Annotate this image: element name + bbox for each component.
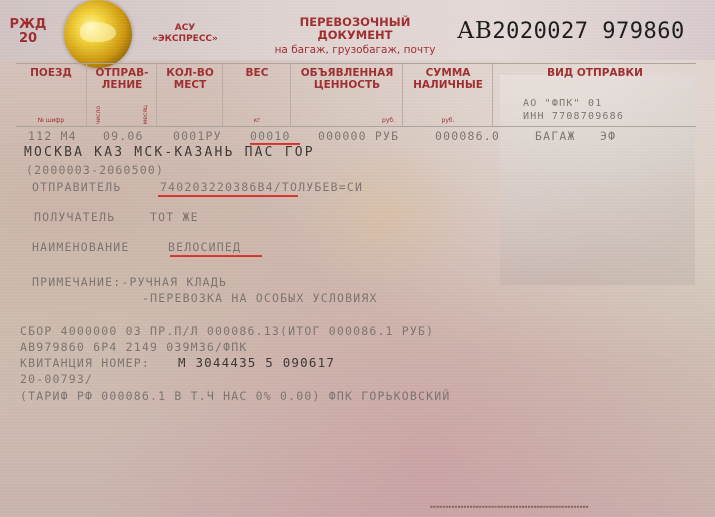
serial-number: АВ2020027 979860 <box>457 18 685 44</box>
document-title: ПЕРЕВОЗОЧНЫЙ ДОКУМЕНТ <box>255 16 455 42</box>
recipient-value: ТОТ ЖЕ <box>150 210 199 224</box>
tariff-line: (ТАРИФ РФ 000086.1 В Т.Ч НАС 0% 0.00) ФП… <box>20 389 451 403</box>
col-label: ВИД ОТПРАВКИ <box>493 67 697 79</box>
carrier-logo: РЖД 20 <box>8 18 48 46</box>
fee-line: СБОР 4000000 03 ПР.П/Л 000086.13(ИТОГ 00… <box>20 324 434 338</box>
col-unit: руб. <box>403 117 493 124</box>
col-label: КОЛ-ВО МЕСТ <box>157 67 223 91</box>
operation-line: АВ979860 6Р4 2149 039М36/ФПК <box>20 340 247 354</box>
item-label: НАИМЕНОВАНИЕ <box>32 240 129 254</box>
col-label: ОТПРАВ- ЛЕНИЕ <box>87 67 157 91</box>
shipment-extra: ЭФ <box>600 129 616 143</box>
col-places: КОЛ-ВО МЕСТ <box>156 64 223 126</box>
shipment-company: АО "ФПК" 01 <box>523 98 602 109</box>
declared-value: 000000 РУБ <box>318 129 399 143</box>
col-unit-day: число <box>95 106 102 124</box>
form-code: 20 <box>8 32 48 46</box>
col-departure: ОТПРАВ- ЛЕНИЕ число месяц <box>86 64 157 126</box>
train-number: 112 М4 <box>28 129 77 143</box>
system-name: АСУ «ЭКСПРЕСС» <box>145 23 225 45</box>
shipment-kind: БАГАЖ <box>535 129 576 143</box>
col-unit: кг <box>223 117 291 124</box>
note-value-1: -РУЧНАЯ КЛАДЬ <box>121 275 227 289</box>
route-codes: (2000003-2060500) <box>26 163 164 177</box>
weight-value: 00010 <box>250 129 291 143</box>
col-weight: ВЕС кг <box>222 64 291 126</box>
serial-digits: 2020027 979860 <box>492 19 684 44</box>
col-unit-month: месяц <box>142 105 149 124</box>
note-label: ПРИМЕЧАНИЕ <box>32 275 113 289</box>
places-count: 0001РУ <box>173 129 222 143</box>
shipment-inn: ИНН 7708709686 <box>523 111 624 122</box>
title-line2: ДОКУМЕНТ <box>255 29 455 42</box>
watermark <box>300 140 470 290</box>
col-cash: СУММА НАЛИЧНЫЕ руб. <box>402 64 493 126</box>
item-underline <box>170 255 262 257</box>
baggage-ticket: РЖД 20 АСУ «ЭКСПРЕСС» ПЕРЕВОЗОЧНЫЙ ДОКУМ… <box>0 0 715 517</box>
receipt-number: М 3044435 5 090617 <box>178 355 335 370</box>
sender-label: ОТПРАВИТЕЛЬ <box>32 180 121 194</box>
recipient-label: ПОЛУЧАТЕЛЬ <box>34 210 115 224</box>
system-line1: АСУ <box>145 23 225 34</box>
col-declared-value: ОБЪЯВЛЕННАЯ ЦЕННОСТЬ руб. <box>290 64 403 126</box>
col-unit: руб. <box>291 117 403 124</box>
note-value-2: -ПЕРЕВОЗКА НА ОСОБЫХ УСЛОВИЯХ <box>142 291 378 305</box>
header-table: ПОЕЗД № шифр ОТПРАВ- ЛЕНИЕ число месяц К… <box>16 63 696 127</box>
cash-amount: 000086.0 <box>435 129 500 143</box>
col-label: ПОЕЗД <box>16 67 86 79</box>
col-label: СУММА НАЛИЧНЫЕ <box>403 67 493 91</box>
item-value: ВЕЛОСИПЕД <box>168 240 241 254</box>
system-line2: «ЭКСПРЕСС» <box>145 34 225 45</box>
col-unit: № шифр <box>16 117 86 124</box>
serial-prefix: АВ <box>457 18 492 44</box>
departure-date: 09.06 <box>103 129 144 143</box>
col-label: ВЕС <box>223 67 291 79</box>
note-line1: ПРИМЕЧАНИЕ:-РУЧНАЯ КЛАДЬ <box>32 275 227 289</box>
carrier-name: РЖД <box>8 18 48 32</box>
receipt-suffix: 20-00793/ <box>20 372 93 386</box>
route: МОСКВА КАЗ МСК-КАЗАНЬ ПАС ГОР <box>24 145 315 160</box>
receipt-label: КВИТАНЦИЯ НОМЕР: <box>20 356 150 370</box>
col-train: ПОЕЗД № шифр <box>16 64 86 126</box>
sender-value: 740203220386В4/ТОЛУБЕВ=СИ <box>160 180 363 194</box>
printer-imprint: ▪▪▪▪▪▪▪▪▪▪▪▪▪▪▪▪▪▪▪▪▪▪▪▪▪▪▪▪▪▪▪▪▪▪▪▪▪▪▪▪… <box>430 505 589 510</box>
document-subtitle: на багаж, грузобагаж, почту <box>255 44 455 56</box>
col-shipment-type: ВИД ОТПРАВКИ АО "ФПК" 01 ИНН 7708709686 <box>492 64 697 126</box>
sender-underline <box>158 195 298 197</box>
col-label: ОБЪЯВЛЕННАЯ ЦЕННОСТЬ <box>291 67 403 91</box>
hologram-icon <box>64 0 132 68</box>
